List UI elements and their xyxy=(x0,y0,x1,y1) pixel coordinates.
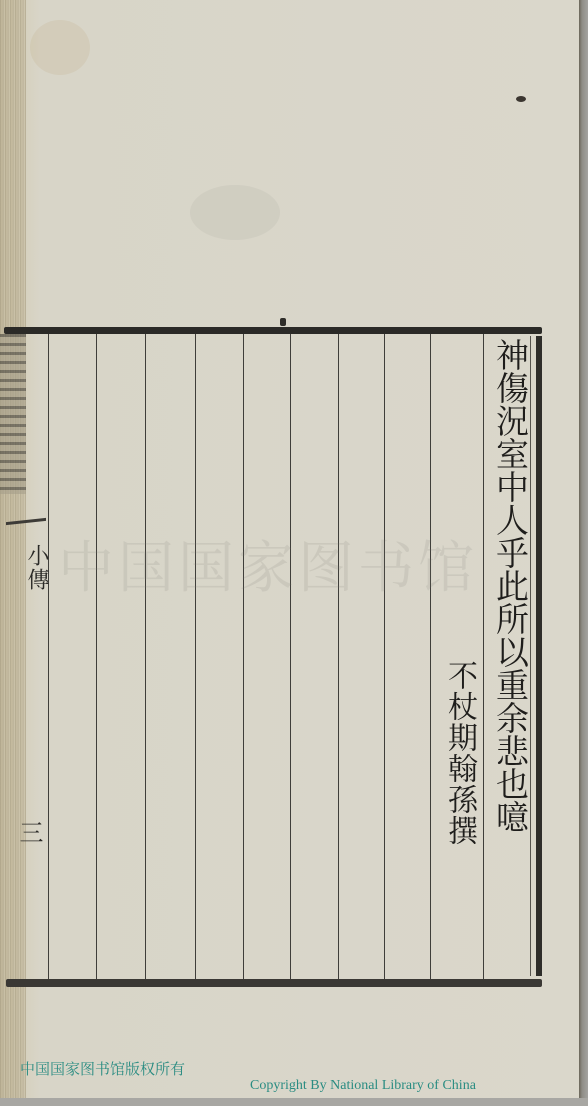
column-rule xyxy=(145,334,146,979)
author-line: 不杖期翰孫撰 xyxy=(438,660,478,846)
column-rule xyxy=(290,334,291,979)
paper-stain xyxy=(190,185,280,240)
frame-right-border xyxy=(536,336,542,976)
column-rule xyxy=(243,334,244,979)
column-rule xyxy=(195,334,196,979)
fold-notch xyxy=(6,518,46,535)
ink-mark xyxy=(280,318,286,326)
book-page: 中国国家图书馆 小傳 三 神傷況室中人乎此所以重余悲也噫 不杖期翰孫撰 中国国家… xyxy=(0,0,580,1100)
column-rule xyxy=(430,334,431,979)
margin-title: 小傳 xyxy=(24,544,52,592)
frame-bottom-border xyxy=(6,979,542,987)
page-right-edge xyxy=(579,0,588,1106)
margin-page-number: 三 xyxy=(27,820,47,844)
paper-stain xyxy=(30,20,90,75)
column-rule xyxy=(96,334,97,979)
ink-spot xyxy=(516,96,526,102)
column-rule xyxy=(483,334,484,979)
main-text-column: 神傷況室中人乎此所以重余悲也噫 xyxy=(490,338,530,833)
page-bottom-edge xyxy=(0,1098,588,1106)
adjacent-page-fold xyxy=(0,334,26,494)
frame-top-border xyxy=(4,327,542,334)
watermark: 中国国家图书馆 xyxy=(58,524,478,604)
column-rule xyxy=(48,334,49,979)
frame-inner-line xyxy=(530,336,531,976)
copyright-chinese: 中国国家图书馆版权所有 xyxy=(20,1058,185,1079)
copyright-english: Copyright By National Library of China xyxy=(250,1078,476,1094)
column-rule xyxy=(384,334,385,979)
column-rule xyxy=(338,334,339,979)
